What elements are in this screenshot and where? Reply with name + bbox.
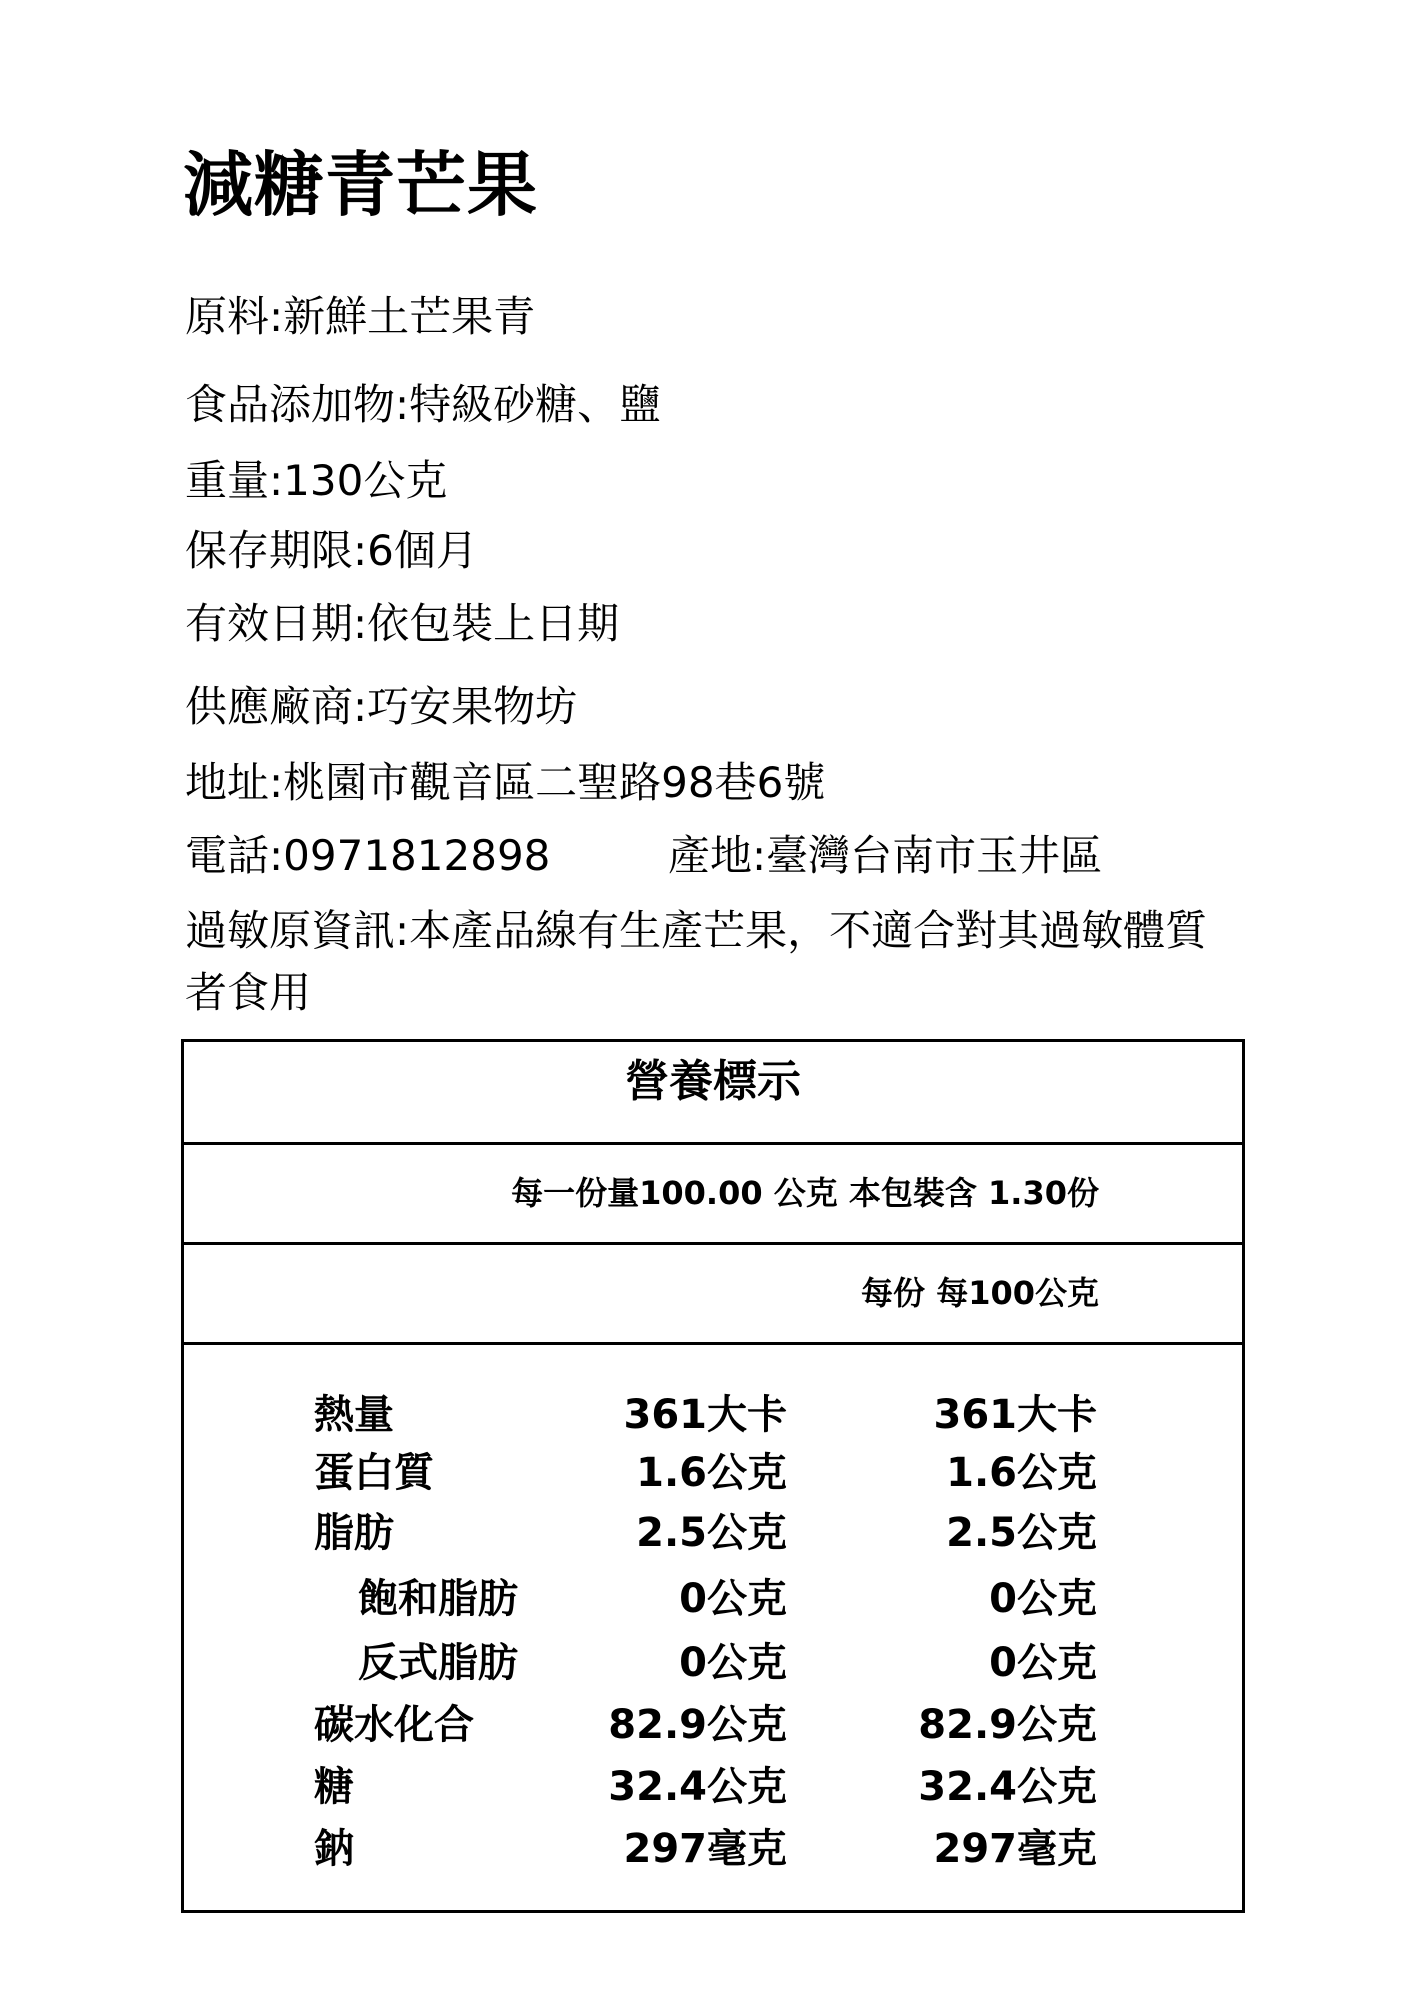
nutrient-row-saturated-fat: 飽和脂肪 0公克 0公克 bbox=[184, 1569, 1242, 1629]
info-label: 電話 bbox=[185, 831, 269, 880]
info-separator: : bbox=[395, 906, 409, 955]
info-weight: 重量:130公克 bbox=[185, 454, 447, 508]
nutrition-title: 營養標示 bbox=[184, 1042, 1242, 1142]
info-value: 巧安果物坊 bbox=[367, 682, 577, 731]
nutrition-facts-table: 營養標示 每一份量100.00 公克 本包裝含 1.30份 每份 每100公克 … bbox=[181, 1039, 1245, 1913]
info-additives: 食品添加物:特級砂糖、鹽 bbox=[185, 378, 661, 432]
nutrient-per-serving: 0公克 bbox=[679, 1569, 787, 1629]
product-title: 減糖青芒果 bbox=[183, 140, 538, 230]
nutrient-row-fat: 脂肪 2.5公克 2.5公克 bbox=[184, 1503, 1242, 1563]
info-label: 食品添加物 bbox=[185, 380, 395, 429]
serving-size-line: 每一份量100.00 公克 本包裝含 1.30份 bbox=[184, 1145, 1242, 1242]
nutrient-per-100g: 0公克 bbox=[989, 1569, 1097, 1629]
info-origin: 產地:臺灣台南市玉井區 bbox=[668, 829, 1102, 883]
nutrient-row-protein: 蛋白質 1.6公克 1.6公克 bbox=[184, 1443, 1242, 1503]
nutrient-per-100g: 361大卡 bbox=[934, 1385, 1098, 1445]
info-expiry: 有效日期:依包裝上日期 bbox=[185, 597, 619, 651]
info-value: 依包裝上日期 bbox=[367, 599, 619, 648]
info-label: 供應廠商 bbox=[185, 682, 353, 731]
nutrient-row-sodium: 鈉 297毫克 297毫克 bbox=[184, 1819, 1242, 1879]
nutrient-row-energy: 熱量 361大卡 361大卡 bbox=[184, 1385, 1242, 1445]
nutrient-name: 鈉 bbox=[314, 1819, 354, 1879]
info-value: 0971812898 bbox=[283, 831, 550, 880]
info-phone: 電話:0971812898 bbox=[185, 829, 550, 883]
info-value: 130公克 bbox=[283, 456, 447, 505]
nutrient-row-sugar: 糖 32.4公克 32.4公克 bbox=[184, 1757, 1242, 1817]
nutrient-name: 反式脂肪 bbox=[358, 1633, 518, 1693]
info-shelf-life: 保存期限:6個月 bbox=[185, 524, 478, 578]
nutrient-name: 糖 bbox=[314, 1757, 354, 1817]
info-label: 地址 bbox=[185, 758, 269, 807]
nutrient-name: 熱量 bbox=[314, 1385, 394, 1445]
nutrient-name: 飽和脂肪 bbox=[358, 1569, 518, 1629]
info-label: 過敏原資訊 bbox=[185, 906, 395, 955]
info-label: 有效日期 bbox=[185, 599, 353, 648]
info-separator: : bbox=[752, 831, 766, 880]
info-label: 保存期限 bbox=[185, 526, 353, 575]
nutrient-list: 熱量 361大卡 361大卡 蛋白質 1.6公克 1.6公克 脂肪 2.5公克 … bbox=[184, 1345, 1242, 1910]
info-value: 6個月 bbox=[367, 526, 478, 575]
info-supplier: 供應廠商:巧安果物坊 bbox=[185, 680, 577, 734]
nutrient-per-serving: 0公克 bbox=[679, 1633, 787, 1693]
nutrient-per-serving: 1.6公克 bbox=[636, 1443, 787, 1503]
nutrient-per-serving: 2.5公克 bbox=[636, 1503, 787, 1563]
nutrient-name: 蛋白質 bbox=[314, 1443, 434, 1503]
nutrient-row-trans-fat: 反式脂肪 0公克 0公克 bbox=[184, 1633, 1242, 1693]
nutrient-name: 脂肪 bbox=[314, 1503, 394, 1563]
info-label: 產地 bbox=[668, 831, 752, 880]
nutrient-name: 碳水化合 bbox=[314, 1695, 474, 1755]
nutrient-per-100g: 0公克 bbox=[989, 1633, 1097, 1693]
info-address: 地址:桃園市觀音區二聖路98巷6號 bbox=[185, 756, 825, 810]
info-ingredients: 原料:新鮮土芒果青 bbox=[185, 290, 535, 344]
info-value: 特級砂糖、鹽 bbox=[409, 380, 661, 429]
nutrient-row-carbohydrate: 碳水化合 82.9公克 82.9公克 bbox=[184, 1695, 1242, 1755]
info-separator: : bbox=[269, 292, 283, 341]
nutrient-per-serving: 297毫克 bbox=[624, 1819, 788, 1879]
info-allergen: 過敏原資訊:本產品線有生產芒果，不適合對其過敏體質者食用 bbox=[185, 900, 1215, 1024]
info-separator: : bbox=[269, 758, 283, 807]
info-separator: : bbox=[353, 599, 367, 648]
info-separator: : bbox=[269, 831, 283, 880]
nutrient-per-serving: 32.4公克 bbox=[608, 1757, 787, 1817]
info-label: 重量 bbox=[185, 456, 269, 505]
nutrient-per-100g: 297毫克 bbox=[934, 1819, 1098, 1879]
nutrient-per-100g: 2.5公克 bbox=[946, 1503, 1097, 1563]
info-separator: : bbox=[353, 526, 367, 575]
info-value: 桃園市觀音區二聖路98巷6號 bbox=[283, 758, 825, 807]
info-separator: : bbox=[353, 682, 367, 731]
info-label: 原料 bbox=[185, 292, 269, 341]
nutrient-per-100g: 82.9公克 bbox=[918, 1695, 1097, 1755]
info-value: 臺灣台南市玉井區 bbox=[766, 831, 1102, 880]
nutrient-per-serving: 361大卡 bbox=[624, 1385, 788, 1445]
nutrient-per-100g: 32.4公克 bbox=[918, 1757, 1097, 1817]
nutrient-per-serving: 82.9公克 bbox=[608, 1695, 787, 1755]
column-header: 每份 每100公克 bbox=[184, 1245, 1242, 1342]
info-separator: : bbox=[395, 380, 409, 429]
info-value: 新鮮土芒果青 bbox=[283, 292, 535, 341]
nutrient-per-100g: 1.6公克 bbox=[946, 1443, 1097, 1503]
info-separator: : bbox=[269, 456, 283, 505]
